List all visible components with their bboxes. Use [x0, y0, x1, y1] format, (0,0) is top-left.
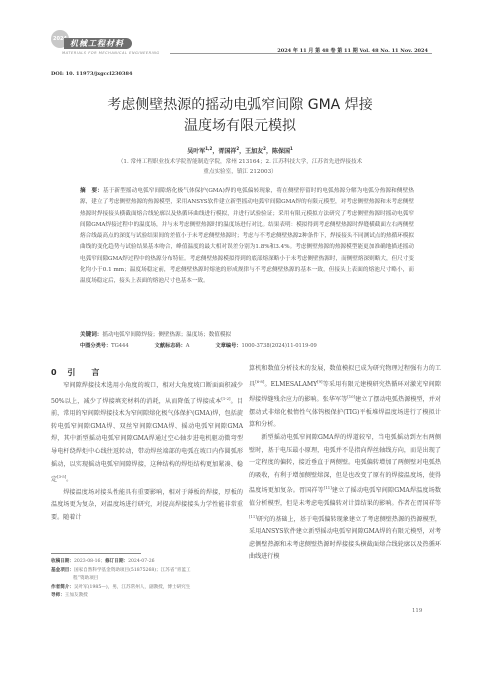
citation: [6-8] [255, 379, 264, 384]
article-no-label: 文章编号： [216, 343, 242, 349]
doi: DOI: 10. 11973/jxgccl230384 [51, 71, 132, 77]
section-number: 0 [51, 368, 61, 377]
author-affil-sup: 1,2 [205, 146, 212, 151]
author-affil-sup: 1 [290, 146, 293, 151]
clc-value: TG444 [111, 343, 129, 349]
author-name: 王加友 [245, 148, 263, 155]
footnote-divider [51, 553, 141, 554]
footnotes: 收稿日期：2023-08-16；修订日期：2024-07-26 基金项目：国家自… [51, 558, 243, 601]
abstract: 摘 要：基于新型摇动电弧窄间隙熔化极气体保护(GMA)焊的电弧偏转现象，将在侧壁… [80, 186, 414, 288]
author-list: 吴叶军1,2，胥国祥2，王加友2，陈保国1 [0, 146, 480, 155]
author-name: 胥国祥 [218, 148, 236, 155]
doc-code-label: 文献标志码： [155, 343, 186, 349]
issue-info: 2024 年 11 月 第 48 卷 第 11 期 Vol. 48 No. 11… [277, 47, 428, 54]
paper-title-line1: 考虑侧壁热源的摇动电弧窄间隙 GMA 焊接 [0, 96, 480, 114]
citation: [11] [324, 485, 332, 490]
article-no-value: 1000-3738(2024)11-0119-09 [242, 343, 317, 349]
paper-title-line2: 温度场有限元模拟 [0, 117, 480, 135]
clc-label: 中图分类号： [80, 343, 111, 349]
affiliation-line1: （1. 常州工程职业技术学院智能制造学院，常州 213164；2. 江苏科技大学… [0, 157, 480, 167]
intro-paragraph-2: 焊接温度场对接头性能具有重要影响，相对于薄板的焊接，厚板的温度场更为复杂，对温度… [51, 487, 243, 525]
doc-code-value: A [186, 343, 190, 349]
footnote-dates: 收稿日期：2023-08-16；修订日期：2024-07-26 [51, 558, 243, 567]
affiliation-line2: 重点实验室，镇江 212003） [0, 167, 480, 177]
abstract-text: 基于新型摇动电弧窄间隙熔化极气体保护(GMA)焊的电弧偏转现象，将在侧壁停留时的… [80, 188, 414, 284]
author-affil-sup: 2 [236, 146, 239, 151]
citation: [11] [249, 514, 257, 519]
footnote-author: 作者简介：吴叶军(1985—)，男，江苏常州人，副教授，博士研究生 [51, 584, 243, 593]
abstract-label: 摘 要： [80, 188, 103, 194]
journal-logo-name: 机械工程材料 [64, 38, 132, 49]
footnote-fund: 基金项目：国家自然科学基金资助项目(51875268)；江苏省“青蓝工程”资助项… [51, 567, 243, 584]
left-column: 窄间隙焊接技术选用小角度的坡口，相对大角度坡口断面面积减少50%以上，减少了焊接… [51, 380, 243, 525]
section-title: 引 言 [67, 368, 103, 377]
author-name: 吴叶军 [187, 148, 205, 155]
author-name: 陈保国 [272, 148, 290, 155]
intro-paragraph-3: 新型摇动电弧窄间隙GMA焊的焊道较窄，当电弧摇动到左右两侧壁时，基于电压最小原理… [249, 432, 441, 564]
keywords-label: 关键词： [80, 332, 102, 338]
right-column: 算机和数值分析技术的发展，数值模拟已成为研究物理过程强有力的工具[6-8]。EL… [249, 363, 441, 564]
citation: [10] [347, 394, 355, 399]
keywords-text: 摇动电弧窄间隙焊接；侧壁热源；温度场；数值模拟 [102, 332, 231, 338]
journal-header: 2024 机械工程材料 MATERIALS FOR MECHANICAL ENG… [0, 0, 480, 60]
intro-paragraph-1: 窄间隙焊接技术选用小角度的坡口，相对大角度坡口断面面积减少50%以上，减少了焊接… [51, 380, 243, 487]
intro-paragraph-continued: 算机和数值分析技术的发展，数值模拟已成为研究物理过程强有力的工具[6-8]。EL… [249, 363, 441, 432]
citation: [3-5] [57, 474, 66, 479]
section-heading: 0 引 言 [51, 367, 103, 378]
page-number: 119 [412, 608, 422, 614]
footnote-advisor: 导师：王加友教授 [51, 592, 243, 601]
author-affil-sup: 2 [263, 146, 266, 151]
keywords: 关键词：摇动电弧窄间隙焊接；侧壁热源；温度场；数值模拟 [80, 330, 414, 341]
journal-english-name: MATERIALS FOR MECHANICAL ENGINEERING [62, 51, 160, 55]
classification-line: 中图分类号：TG444文献标志码：A文章编号：1000-3738(2024)11… [80, 341, 414, 352]
